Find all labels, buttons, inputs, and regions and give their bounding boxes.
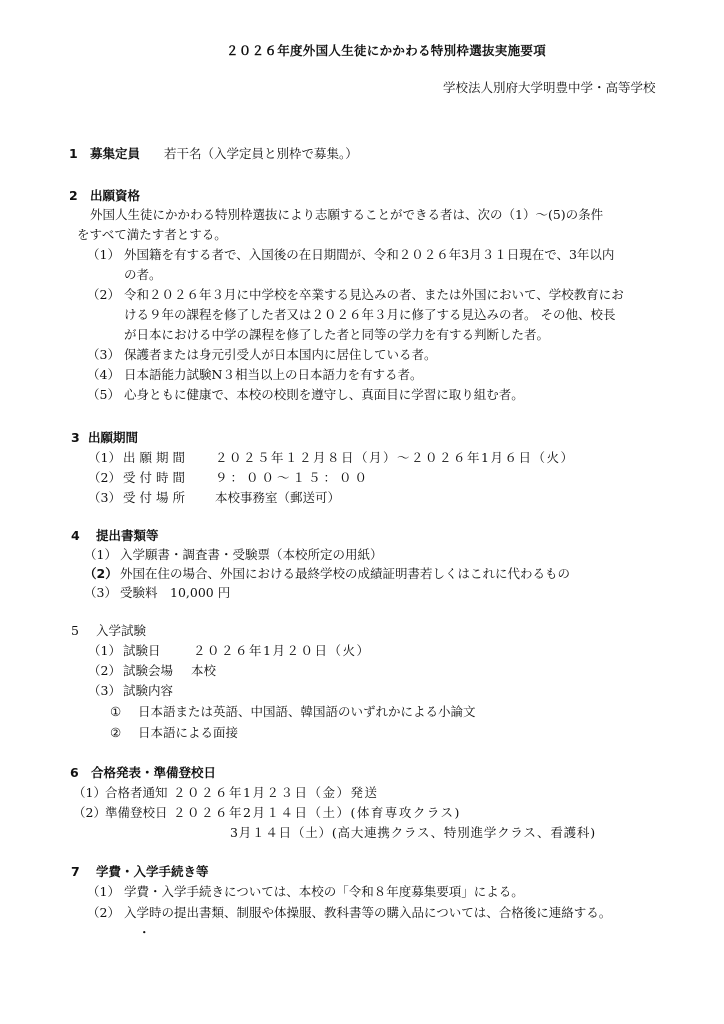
item-value: ２０２６年1月２３日（金）発送: [173, 784, 378, 802]
item-label: （1）: [84, 546, 117, 564]
section-heading: 出願期間: [88, 429, 138, 447]
section-heading: 合格発表・準備登校日: [91, 764, 216, 782]
section-heading: 提出書類等: [96, 527, 159, 545]
item-text: 入学時の提出書類、制服や体操服、教科書等の購入品については、合格後に連絡する。: [124, 904, 611, 922]
item-text: 外国在住の場合、外国における最終学校の成績証明書若しくはこれに代わるもの: [120, 565, 570, 583]
section-text: 若干名（入学定員と別枠で募集。）: [164, 145, 358, 163]
item-text: 受験料 10,000 円: [120, 584, 230, 602]
intro-text: をすべて満たす者とする。: [77, 226, 227, 244]
item-text: 学費・入学手続きについては、本校の「令和８年度募集要項」による。: [124, 883, 524, 901]
item-label: （3）: [88, 489, 121, 507]
item-value: ２０２６年1月２０日（火）: [193, 642, 370, 660]
item-label: （3）: [87, 346, 120, 364]
section-number: 6: [70, 764, 79, 782]
sub-item-label: ②: [110, 724, 121, 742]
item-label: （5）: [87, 386, 120, 404]
section-number: 1: [69, 145, 78, 163]
section-number: 7: [71, 863, 80, 881]
section-heading: 学費・入学手続き等: [96, 863, 209, 881]
item-label: （2）: [73, 804, 106, 822]
item-value: ２０２５年１２月８日（月）～２０２６年1月６日（火）: [215, 449, 574, 467]
issuer-name: 学校法人別府大学明豊中学・高等学校: [443, 79, 656, 97]
item-label: （2）: [84, 565, 118, 583]
item-label: （1）: [87, 246, 120, 264]
item-continuation: 3月１４日（土）(高大連携クラス、特別進学クラス、看護科): [230, 824, 596, 842]
item-key: 試験会場: [123, 662, 173, 680]
section-number: 2: [69, 187, 78, 205]
item-label: （4）: [87, 366, 120, 384]
item-label: （3）: [84, 584, 117, 602]
item-text: 保護者または身元引受人が日本国内に居住している者。: [124, 346, 437, 364]
item-label: （1）: [73, 784, 106, 802]
sub-item-text: 日本語による面接: [138, 724, 238, 742]
item-text: ける９年の課程を修了した者又は２０２６年３月に修了する見込みの者。 その他、校長: [124, 306, 615, 324]
section-number: 3: [71, 429, 80, 447]
item-label: （2）: [87, 904, 120, 922]
sub-item-label: ①: [110, 703, 121, 721]
item-key: 受付場所: [123, 489, 189, 507]
sub-item-text: 日本語または英語、中国語、韓国語のいずれかによる小論文: [138, 703, 476, 721]
item-value: 本校: [191, 662, 216, 680]
item-text: 令和２０２６年３月に中学校を卒業する見込みの者、または外国において、学校教育にお: [124, 286, 624, 304]
item-value: ９：００～１５：００: [215, 469, 370, 487]
section-number: 5: [71, 622, 79, 640]
item-value: ２０２６年2月１４日（土）(体育専攻クラス): [173, 804, 461, 822]
item-value: 本校事務室（郵送可）: [215, 489, 340, 507]
item-text: 入学願書・調査書・受験票（本校所定の用紙）: [120, 546, 383, 564]
item-label: （2）: [88, 469, 121, 487]
item-label: （2）: [88, 662, 121, 680]
section-heading: 入学試験: [96, 622, 146, 640]
section-number: 4: [71, 527, 80, 545]
item-label: （1）: [87, 883, 120, 901]
item-label: （2）: [87, 286, 120, 304]
section-heading: 出願資格: [90, 187, 140, 205]
item-text: 日本語能力試験N３相当以上の日本語力を有する者。: [124, 366, 422, 384]
document-title: ２０２６年度外国人生徒にかかわる特別枠選抜実施要項: [226, 42, 546, 60]
bullet-mark: ・: [138, 924, 151, 942]
item-key: 合格者通知: [105, 784, 168, 802]
item-key: 準備登校日: [105, 804, 168, 822]
section-heading: 募集定員: [90, 145, 140, 163]
item-text: が日本における中学の課程を修了した者と同等の学力を有する判断した者。: [124, 326, 549, 344]
intro-text: 外国人生徒にかかわる特別枠選抜により志願することができる者は、次の（1）～(5)…: [90, 206, 603, 224]
item-label: （3）: [88, 682, 121, 700]
item-text: の者。: [124, 266, 162, 284]
item-key: 受付時間: [123, 469, 189, 487]
item-key: 出願期間: [123, 449, 189, 467]
item-text: 外国籍を有する者で、入国後の在日期間が、令和２０２６年3月３１日現在で、3年以内: [124, 246, 614, 264]
item-label: （1）: [88, 449, 121, 467]
item-text: 心身ともに健康で、本校の校則を遵守し、真面目に学習に取り組む者。: [124, 386, 524, 404]
item-key: 試験日: [123, 642, 161, 660]
item-label: （1）: [88, 642, 121, 660]
item-key: 試験内容: [123, 682, 173, 700]
